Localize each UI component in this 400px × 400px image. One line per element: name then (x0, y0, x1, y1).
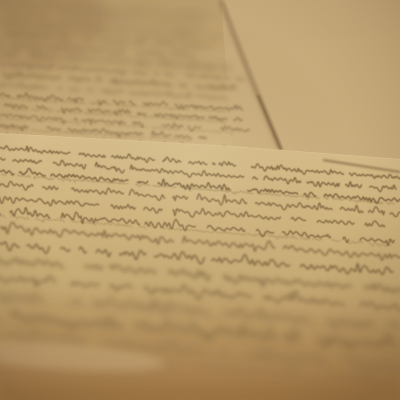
manuscript-photo (0, 0, 400, 400)
manuscript-canvas (0, 0, 400, 400)
paper-grain-overlay (0, 0, 400, 400)
